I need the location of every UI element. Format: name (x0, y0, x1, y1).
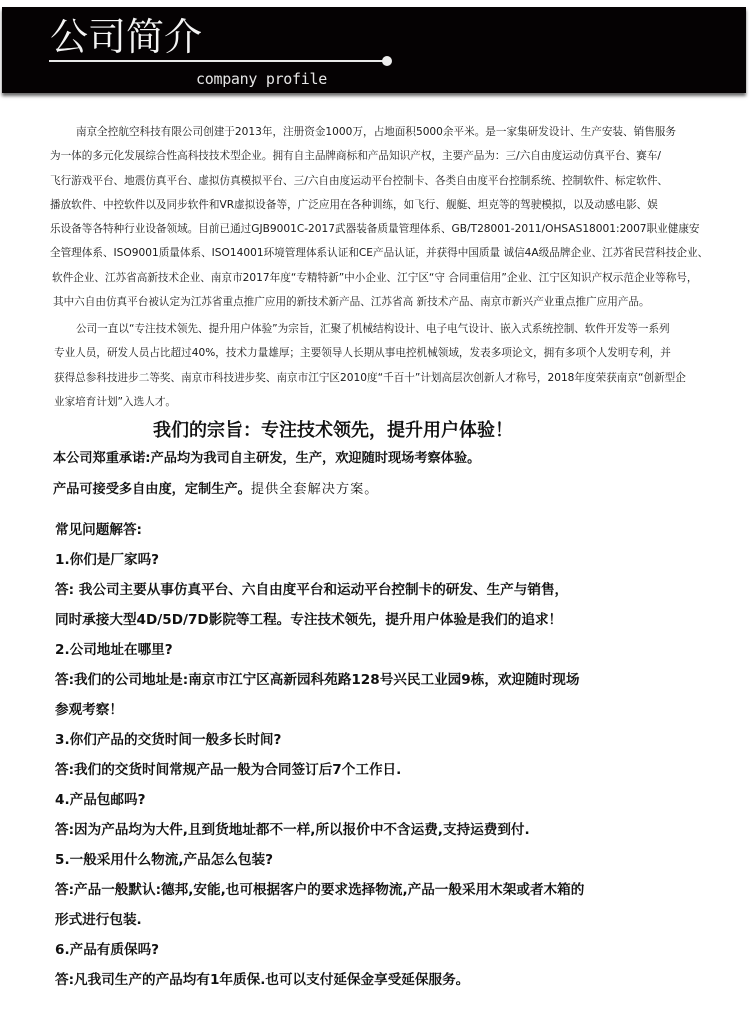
page-subtitle: company profile (196, 69, 327, 89)
faq-answer: 答:因为产品均为大件,且到货地址都不一样,所以报价中不含运费,支持运费到付. (55, 815, 715, 845)
faq-heading: 常见问题解答: (55, 515, 715, 545)
faq-question: 4.产品包邮吗? (55, 785, 715, 815)
faq-question: 2.公司地址在哪里? (55, 635, 715, 665)
faq-answer: 参观考察！ (55, 695, 715, 725)
faq-answer: 答:凡我司生产的产品均有1年质保.也可以支付延保金享受延保服务。 (55, 965, 715, 995)
paragraph-line: 为一体的多元化发展综合性高科技技术型企业。拥有自主品牌商标和产品知识产权，主要产… (50, 144, 715, 168)
paragraph-line: 其中六自由仿真平台被认定为江苏省重点推广应用的新技术新产品、江苏省高 新技术产品… (50, 290, 715, 314)
header-banner: 公司简介 company profile (2, 7, 746, 93)
faq-section: 常见问题解答: 1.你们是厂家吗? 答: 我公司主要从事仿真平台、六自由度平台和… (55, 515, 715, 995)
paragraph-line: 业家培育计划”入选人才。 (50, 390, 715, 414)
faq-answer: 答: 我公司主要从事仿真平台、六自由度平台和运动平台控制卡的研发、生产与销售， (55, 575, 715, 605)
faq-answer: 答:我们的公司地址是:南京市江宁区高新园科苑路128号兴民工业园9栋，欢迎随时现… (55, 665, 715, 695)
faq-question: 6.产品有质保吗? (55, 935, 715, 965)
faq-answer: 答:产品一般默认:德邦,安能,也可根据客户的要求选择物流,产品一般采用木架或者木… (55, 875, 715, 905)
paragraph-line: 软件企业、江苏省高新技术企业、南京市2017年度“专精特新”中小企业、江宁区“守… (50, 266, 715, 290)
paragraph-line: 公司一直以“专注技术领先、提升用户体验”为宗旨，汇聚了机械结构设计、电子电气设计… (50, 317, 715, 341)
promise-line-1: 本公司郑重承诺:产品均为我司自主研发，生产，欢迎随时现场考察体验。 (53, 449, 480, 469)
paragraph-line: 专业人员，研发人员占比超过40%，技术力量雄厚；主要领导人长期从事电控机械领域，… (50, 341, 715, 365)
promise-solution-text: 提供全套解决方案。 (251, 482, 379, 497)
faq-question: 3.你们产品的交货时间一般多长时间? (55, 725, 715, 755)
faq-question: 1.你们是厂家吗? (55, 545, 715, 575)
paragraph-line: 乐设备等各特种行业设备领域。目前已通过GJB9001C-2017武器装备质量管理… (50, 217, 715, 241)
underline-dot-icon (382, 56, 392, 66)
intro-paragraph-2: 公司一直以“专注技术领先、提升用户体验”为宗旨，汇聚了机械结构设计、电子电气设计… (50, 317, 715, 414)
paragraph-line: 飞行游戏平台、地震仿真平台、虚拟仿真模拟平台、三/六自由度运动平台控制卡、各类自… (50, 169, 715, 193)
promise-custom-text: 产品可接受多自由度，定制生产。 (53, 482, 251, 497)
paragraph-line: 播放软件、中控软件以及同步软件和VR虚拟设备等，广泛应用在各种训练，如飞行、舰艇… (50, 193, 715, 217)
paragraph-line: 获得总参科技进步二等奖、南京市科技进步奖、南京市江宁区2010度“千百十”计划高… (50, 366, 715, 390)
title-underline-divider (49, 60, 385, 62)
faq-question: 5.一般采用什么物流,产品怎么包装? (55, 845, 715, 875)
promise-line-2: 产品可接受多自由度，定制生产。提供全套解决方案。 (53, 480, 379, 500)
paragraph-line: 全管理体系、ISO9001质量体系、ISO14001环境管理体系认证和CE产品认… (50, 241, 715, 265)
paragraph-line: 南京全控航空科技有限公司创建于2013年，注册资金1000万，占地面积5000余… (50, 120, 715, 144)
faq-answer: 同时承接大型4D/5D/7D影院等工程。专注技术领先，提升用户体验是我们的追求！ (55, 605, 715, 635)
faq-answer: 形式进行包装. (55, 905, 715, 935)
faq-answer: 答:我们的交货时间常规产品一般为合同签订后7个工作日. (55, 755, 715, 785)
page-title: 公司简介 (50, 15, 202, 59)
slogan-heading: 我们的宗旨：专注技术领先，提升用户体验！ (153, 418, 513, 444)
intro-paragraph-1: 南京全控航空科技有限公司创建于2013年，注册资金1000万，占地面积5000余… (50, 120, 715, 314)
